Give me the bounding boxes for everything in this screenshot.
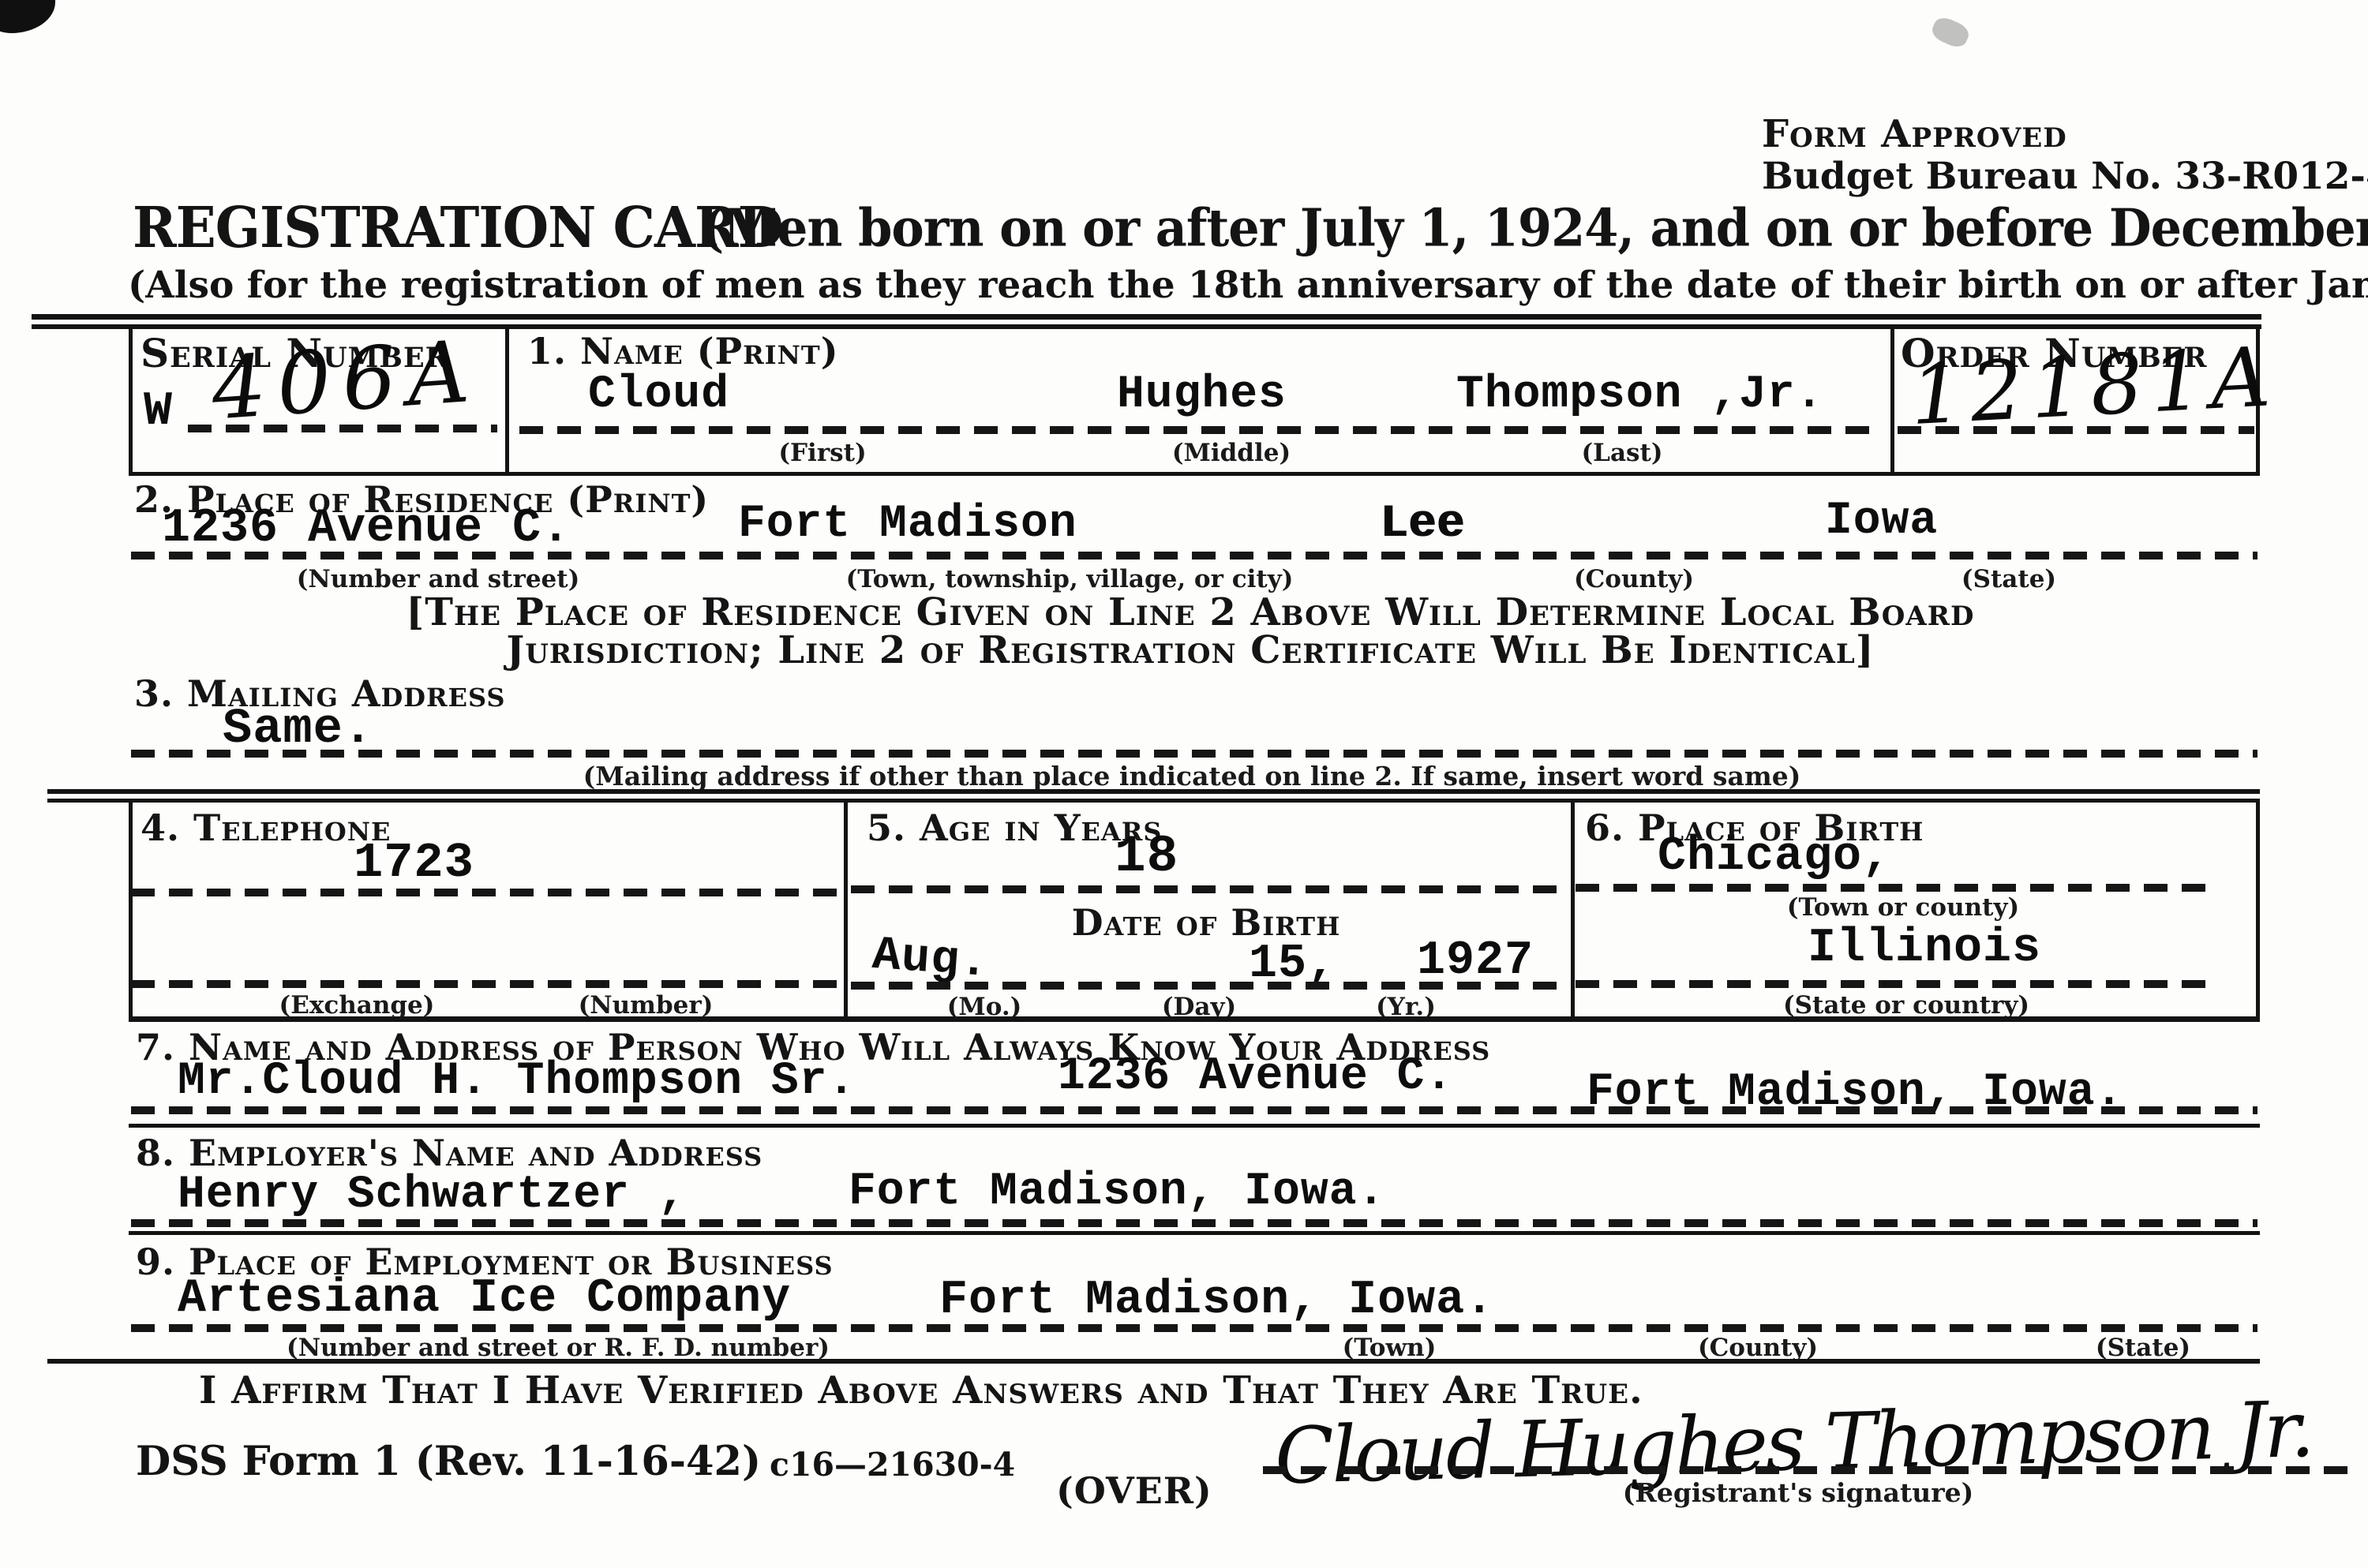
subtitle-note: (Also for the registration of men as the… xyxy=(128,264,2368,307)
scan-artifact-corner xyxy=(0,0,55,33)
employment-fill-line xyxy=(131,1324,2257,1332)
contact-fill-line xyxy=(131,1106,2257,1114)
rule-top-2 xyxy=(32,324,2261,329)
age-fill-line xyxy=(851,885,1566,893)
telephone-fill-line-1 xyxy=(131,889,838,896)
line8-bottom-rule-1 xyxy=(129,1231,2260,1235)
residence-street-value: 1236 Avenue C. xyxy=(162,502,571,556)
scan-artifact-mark xyxy=(1929,14,1972,51)
line7-bottom-rule xyxy=(129,1124,2260,1128)
serial-prefix: W xyxy=(144,385,173,439)
residence-town-value: Fort Madison xyxy=(738,499,1077,550)
middle-name-sublabel: (Middle) xyxy=(1172,439,1291,467)
dob-fill-line xyxy=(851,982,1566,990)
birth-year-value: 1927 xyxy=(1417,934,1534,988)
birthplace-town-sublabel: (Town or county) xyxy=(1787,893,2019,922)
row1-bottom-rule xyxy=(129,472,2260,476)
telephone-number-sublabel: (Number) xyxy=(579,991,714,1020)
name-label: 1. Name (Print) xyxy=(527,330,838,372)
order-fill-line xyxy=(1898,426,2254,434)
signature-fill-line xyxy=(1263,1466,2359,1474)
residence-state-value: Iowa xyxy=(1825,496,1938,547)
band-bottom-rule xyxy=(129,1016,2260,1022)
last-name-value: Thompson ,Jr. xyxy=(1456,369,1823,421)
employer-name-value: Henry Schwartzer , xyxy=(178,1169,687,1221)
telephone-fill-line-2 xyxy=(131,980,838,988)
line9-bottom-rule xyxy=(47,1359,2260,1364)
registration-card-document: Form Approved Budget Bureau No. 33-R012-… xyxy=(0,0,2368,1568)
employment-town-sublabel: (Town) xyxy=(1343,1334,1437,1362)
first-name-sublabel: (First) xyxy=(778,439,866,467)
employment-name-value: Artesiana Ice Company xyxy=(178,1272,791,1326)
budget-bureau-number: Budget Bureau No. 33-R012-42 xyxy=(1762,155,2368,198)
affirmation-statement: I Affirm That I Have Verified Above Answ… xyxy=(199,1368,1643,1413)
mailing-address-value: Same. xyxy=(223,701,373,757)
mailing-fill-line xyxy=(131,750,2257,758)
residence-fill-line xyxy=(131,552,2257,559)
row1-left-border xyxy=(129,329,133,475)
telephone-exchange-sublabel: (Exchange) xyxy=(279,991,435,1020)
residence-town-sublabel: (Town, township, village, or city) xyxy=(846,565,1294,593)
residence-state-sublabel: (State) xyxy=(1961,565,2056,593)
band-top-rule-2 xyxy=(47,799,2260,803)
mailing-sublabel: (Mailing address if other than place ind… xyxy=(583,761,1801,791)
name-fill-line xyxy=(519,426,1883,434)
last-name-sublabel: (Last) xyxy=(1582,439,1663,467)
band-divider-2 xyxy=(1571,803,1575,1017)
telephone-value: 1723 xyxy=(354,835,474,891)
employer-town-value: Fort Madison, Iowa. xyxy=(849,1166,1385,1218)
employment-street-sublabel: (Number and street or R. F. D. number) xyxy=(287,1334,830,1362)
band-top-rule-1 xyxy=(47,789,2260,794)
print-code: c16—21630-4 xyxy=(770,1446,1015,1484)
form-number: DSS Form 1 (Rev. 11-16-42) xyxy=(136,1438,761,1485)
title-eligibility-note: (Men born on or after July 1, 1924, and … xyxy=(701,197,2368,258)
age-value: 18 xyxy=(1115,827,1178,886)
first-name-value: Cloud xyxy=(588,369,729,421)
contact-street-value: 1236 Avenue C. xyxy=(1058,1051,1453,1102)
employment-county-sublabel: (County) xyxy=(1698,1334,1818,1362)
birthplace-state-sublabel: (State or country) xyxy=(1783,991,2029,1020)
birthplace-state-fill-line xyxy=(1576,980,2215,988)
rule-top-1 xyxy=(32,314,2261,320)
contact-name-value: Mr.Cloud H. Thompson Sr. xyxy=(178,1056,856,1107)
form-approved-label: Form Approved xyxy=(1762,112,2067,156)
band-divider-1 xyxy=(844,803,848,1017)
employment-town-value: Fort Madison, Iowa. xyxy=(939,1274,1494,1327)
row1-divider-1 xyxy=(505,329,509,475)
middle-name-value: Hughes xyxy=(1117,369,1287,421)
band-right-border xyxy=(2256,803,2260,1017)
residence-county-value: Lee xyxy=(1380,499,1464,550)
employer-label: 8. Employer's Name and Address xyxy=(136,1132,762,1174)
birthplace-town-value: Chicago, xyxy=(1658,830,1891,884)
birthplace-town-fill-line xyxy=(1576,884,2215,892)
employment-state-sublabel: (State) xyxy=(2096,1334,2190,1362)
page-title: REGISTRATION CARD xyxy=(133,194,783,260)
employer-fill-line xyxy=(131,1219,2257,1227)
registrant-signature-sublabel: (Registrant's signature) xyxy=(1623,1477,1973,1508)
serial-number-value: 406A xyxy=(208,322,483,439)
residence-street-sublabel: (Number and street) xyxy=(297,565,580,593)
residence-county-sublabel: (County) xyxy=(1574,565,1694,593)
birthplace-state-value: Illinois xyxy=(1808,922,2041,975)
jurisdiction-note-line2: Jurisdiction; Line 2 of Registration Cer… xyxy=(506,628,1874,672)
serial-fill-line xyxy=(188,425,497,432)
over-note: (OVER) xyxy=(1056,1469,1212,1512)
row1-divider-2 xyxy=(1890,329,1894,475)
